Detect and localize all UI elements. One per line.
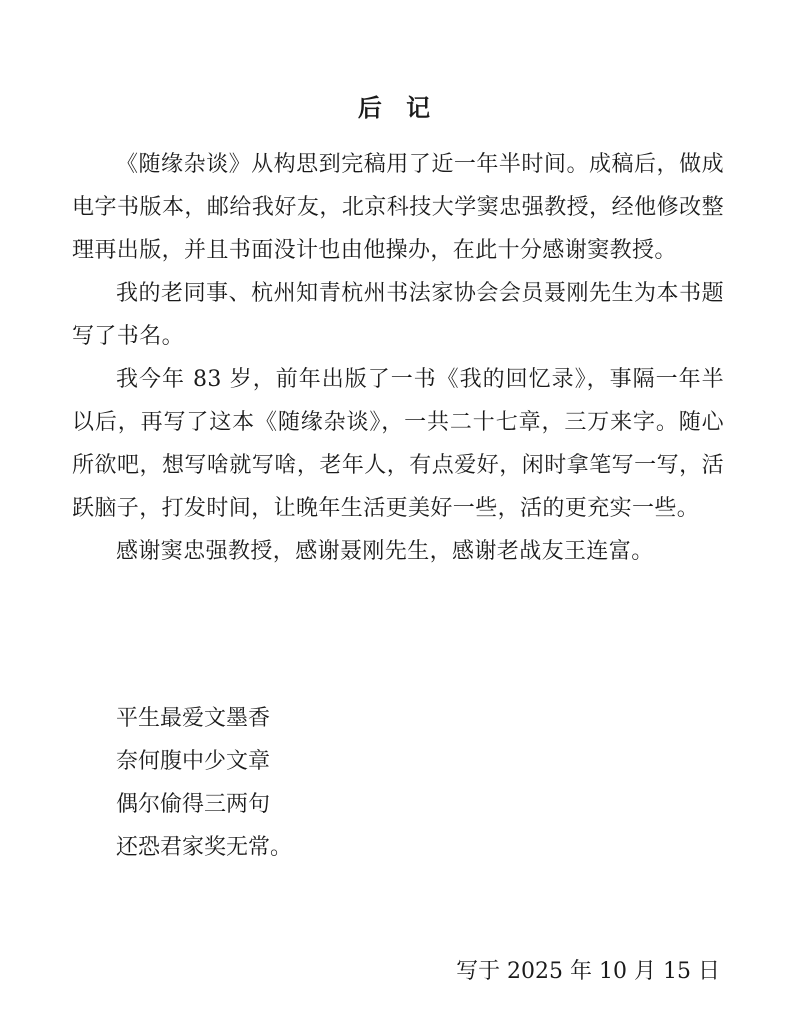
- signature-date: 写于 2025 年 10 月 15 日: [456, 957, 720, 987]
- poem-line: 奈何腹中少文章: [116, 740, 292, 783]
- paragraph-thanks: 感谢窦忠强教授，感谢聂刚先生，感谢老战友王连富。: [72, 530, 724, 573]
- paragraph-acknowledgement-editor: 《随缘杂谈》从构思到完稿用了近一年半时间。成稿后，做成电字书版本，邮给我好友，北…: [72, 143, 724, 272]
- paragraph-about-book: 我今年 83 岁，前年出版了一书《我的回忆录》，事隔一年半以后，再写了这本《随缘…: [72, 358, 724, 530]
- paragraph-acknowledgement-calligrapher: 我的老同事、杭州知青杭州书法家协会会员聂刚先生为本书题写了书名。: [72, 272, 724, 358]
- page-title: 后 记: [72, 92, 724, 124]
- poem-line: 还恐君家奖无常。: [116, 826, 292, 869]
- poem-line: 平生最爱文墨香: [116, 697, 292, 740]
- document-body: 《随缘杂谈》从构思到完稿用了近一年半时间。成稿后，做成电字书版本，邮给我好友，北…: [72, 143, 724, 573]
- poem-line: 偶尔偷得三两句: [116, 783, 292, 826]
- poem: 平生最爱文墨香 奈何腹中少文章 偶尔偷得三两句 还恐君家奖无常。: [116, 697, 292, 869]
